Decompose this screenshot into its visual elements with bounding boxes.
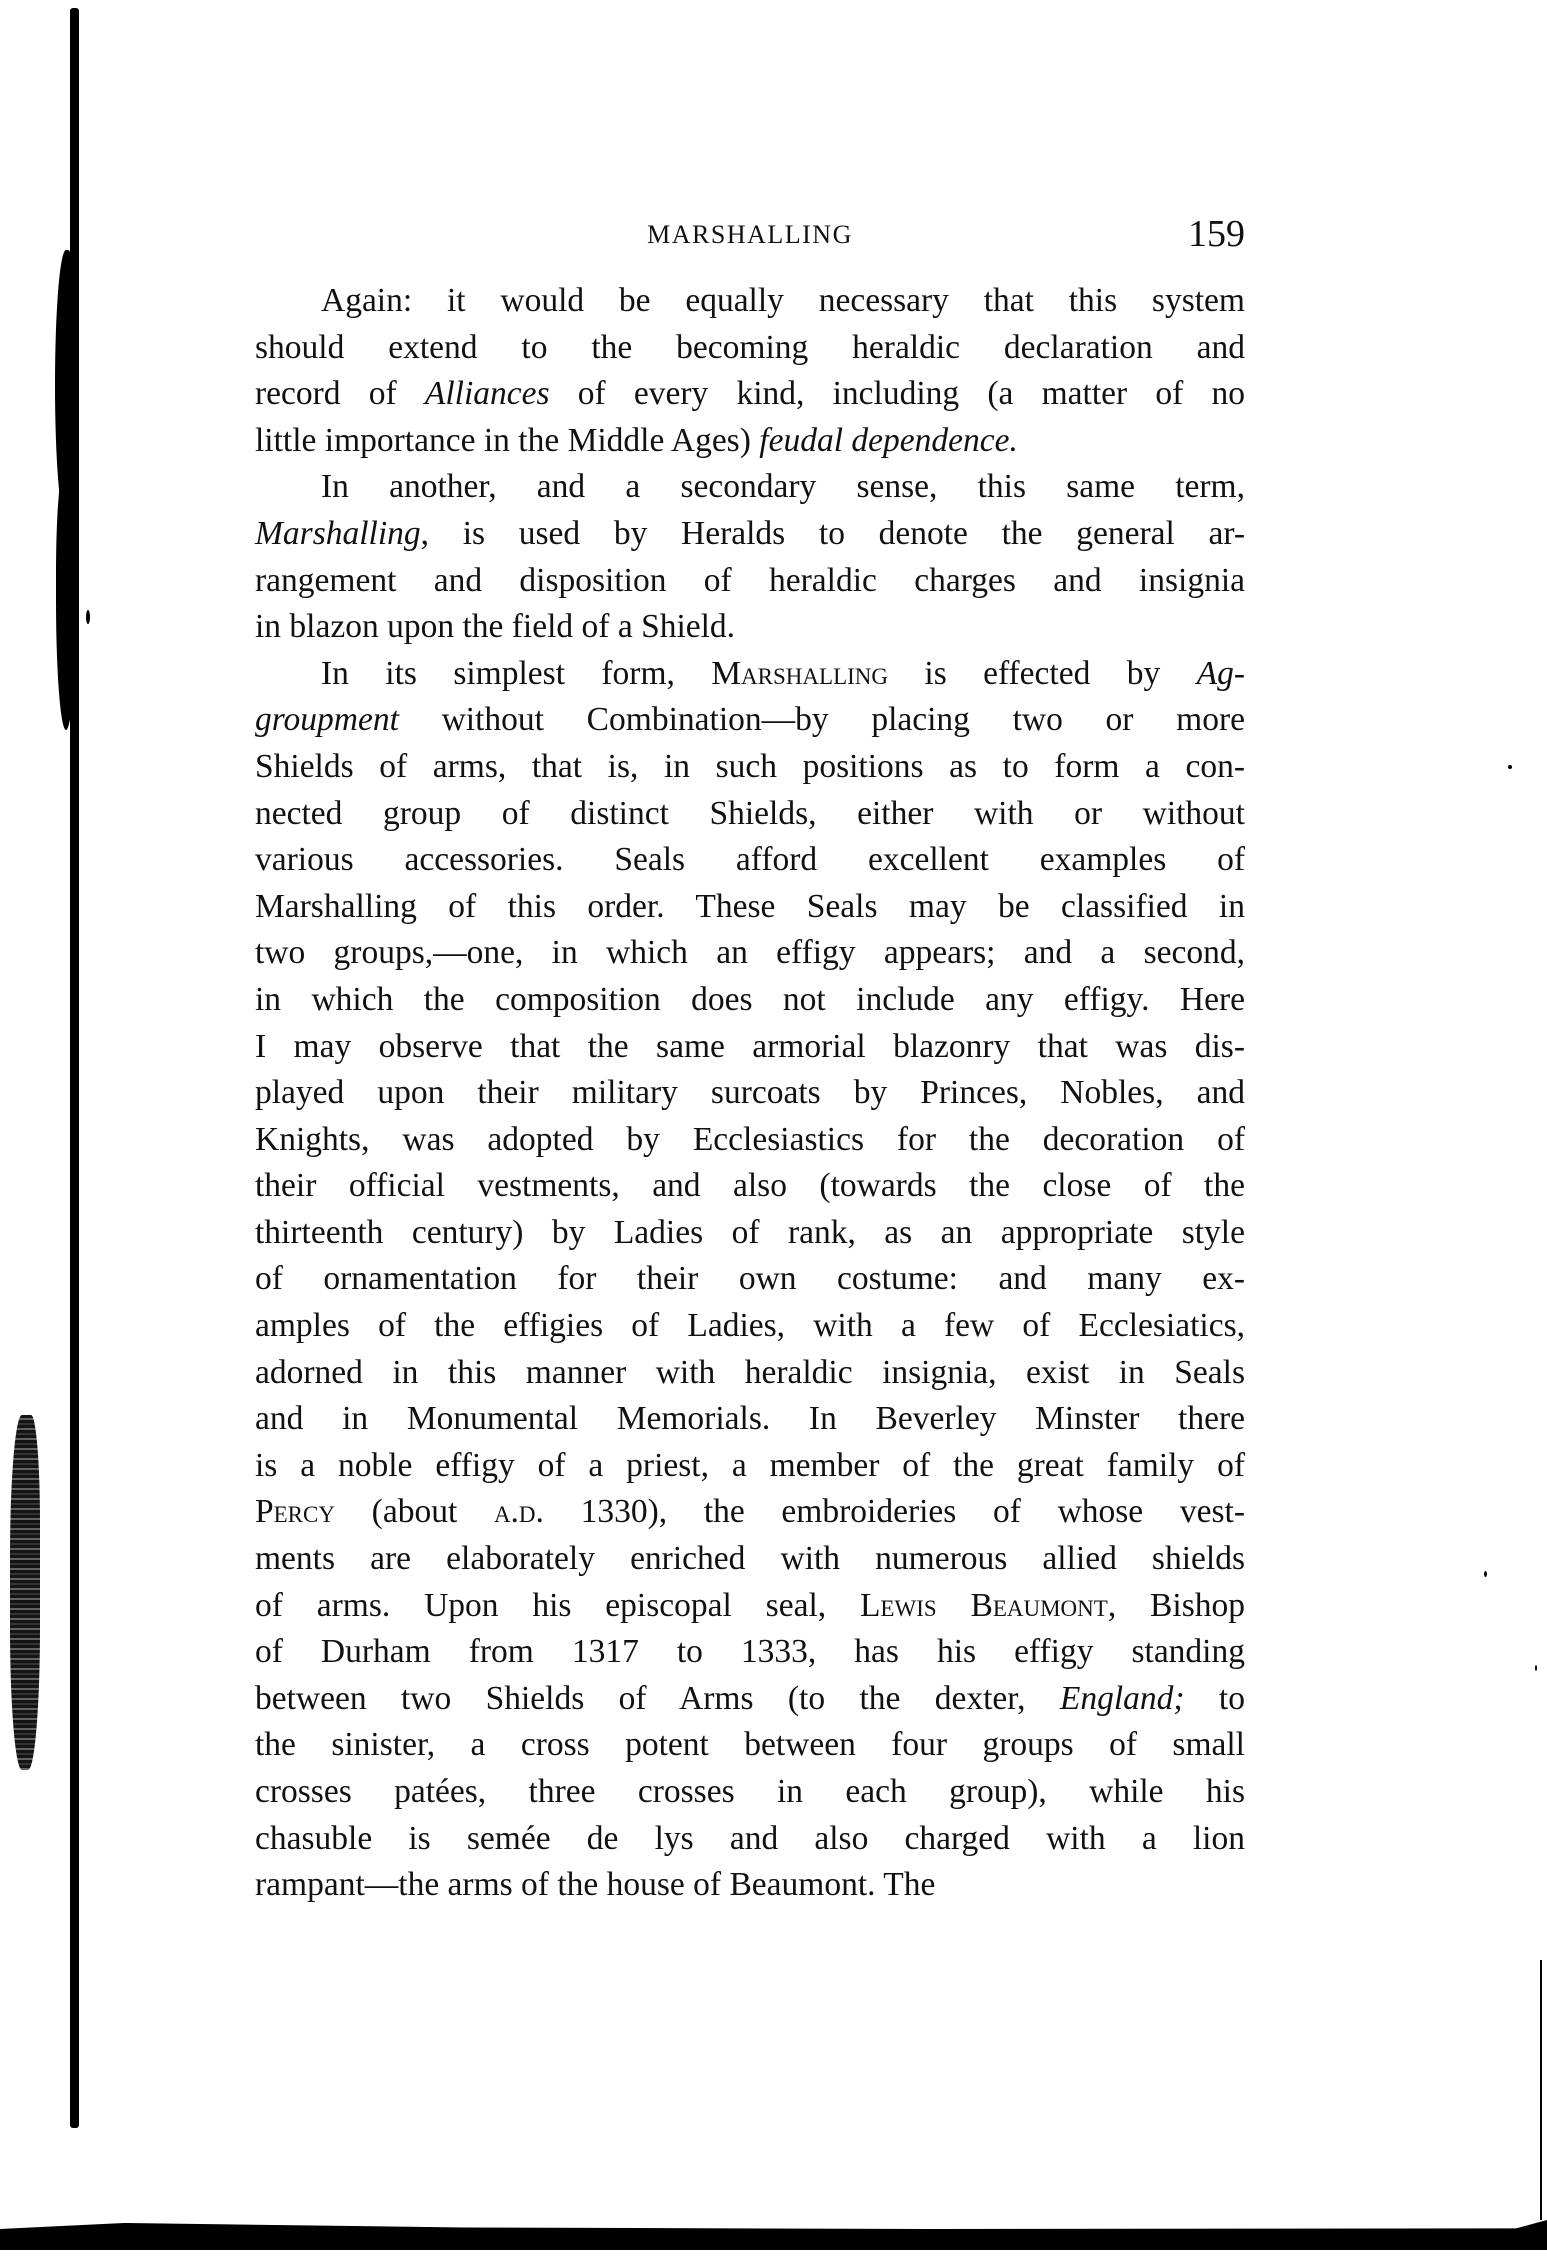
page-number: 159 xyxy=(1188,212,1245,256)
paragraph: In its simplest form, Marshalling is eff… xyxy=(255,651,1245,1909)
text-line: In another, and a secondary sense, this … xyxy=(255,464,1245,511)
text-run: crosses patées, three crosses in each gr… xyxy=(255,1773,1245,1810)
text-run: in blazon upon the field of a Shield. xyxy=(255,608,735,645)
text-line: and in Monumental Memorials. In Beverley… xyxy=(255,1396,1245,1443)
book-page: MARSHALLING 159 Again: it would be equal… xyxy=(0,0,1547,2263)
scan-spine-bulge-lower xyxy=(56,470,76,730)
text-line: little importance in the Middle Ages) fe… xyxy=(255,418,1245,465)
text-run: , is used by Heralds to denote the gener… xyxy=(421,515,1245,552)
running-header: MARSHALLING 159 xyxy=(255,212,1245,262)
text-run: and in Monumental Memorials. In Beverley… xyxy=(255,1400,1245,1437)
scan-dust-dot xyxy=(1535,1665,1537,1671)
paragraph: Again: it would be equally necessary tha… xyxy=(255,278,1245,464)
text-run: their official vestments, and also (towa… xyxy=(255,1167,1245,1204)
text-run: should extend to the becoming heraldic d… xyxy=(255,329,1245,366)
text-run: without Combination—by placing two or mo… xyxy=(399,701,1245,738)
text-line: two groups,—one, in which an effigy appe… xyxy=(255,930,1245,977)
text-run: little importance in the Middle Ages) xyxy=(255,422,759,459)
text-line: record of Alliances of every kind, inclu… xyxy=(255,371,1245,418)
text-run: amples of the effigies of Ladies, with a… xyxy=(255,1307,1245,1344)
italic-text: groupment xyxy=(255,701,399,738)
text-run: two groups,—one, in which an effigy appe… xyxy=(255,934,1245,971)
italic-text: feudal dependence. xyxy=(759,422,1018,459)
text-line: between two Shields of Arms (to the dext… xyxy=(255,1676,1245,1723)
text-run: of every kind, including (a matter of no xyxy=(550,375,1245,412)
text-line: In its simplest form, Marshalling is eff… xyxy=(255,651,1245,698)
small-caps-text: Lewis Beaumont xyxy=(860,1587,1108,1624)
text-run: I may observe that the same armorial bla… xyxy=(255,1028,1245,1065)
text-run: rangement and disposition of heraldic ch… xyxy=(255,562,1245,599)
text-line: Shields of arms, that is, in such positi… xyxy=(255,744,1245,791)
text-run: Knights, was adopted by Ecclesiastics fo… xyxy=(255,1121,1245,1158)
text-run: of Durham from 1317 to 1333, has his eff… xyxy=(255,1633,1245,1670)
text-line: amples of the effigies of Ladies, with a… xyxy=(255,1303,1245,1350)
text-run: 1330), the embroideries of whose vest- xyxy=(544,1493,1245,1530)
text-line: Knights, was adopted by Ecclesiastics fo… xyxy=(255,1117,1245,1164)
text-line: chasuble is semée de lys and also charge… xyxy=(255,1816,1245,1863)
italic-text: Marshalling xyxy=(255,515,421,552)
text-run: various accessories. Seals afford excell… xyxy=(255,841,1245,878)
text-line: of ornamentation for their own costume: … xyxy=(255,1256,1245,1303)
text-line: the sinister, a cross potent between fou… xyxy=(255,1722,1245,1769)
text-line: in which the composition does not includ… xyxy=(255,977,1245,1024)
scan-dust-dot xyxy=(1484,1571,1487,1577)
scan-right-edge xyxy=(1540,1960,1542,2220)
text-run: is effected by xyxy=(888,655,1197,692)
text-line: their official vestments, and also (towa… xyxy=(255,1163,1245,1210)
text-line: of arms. Upon his episcopal seal, Lewis … xyxy=(255,1583,1245,1630)
text-run: chasuble is semée de lys and also charge… xyxy=(255,1820,1245,1857)
text-run: Shields of arms, that is, in such positi… xyxy=(255,748,1245,785)
text-run: played upon their military surcoats by P… xyxy=(255,1074,1245,1111)
text-line: Percy (about a.d. 1330), the embroiderie… xyxy=(255,1489,1245,1536)
scan-dust-mark xyxy=(86,610,90,624)
text-run: of arms. Upon his episcopal seal, xyxy=(255,1587,860,1624)
text-run: thirteenth century) by Ladies of rank, a… xyxy=(255,1214,1245,1251)
text-run: In another, and a secondary sense, this … xyxy=(321,468,1245,505)
text-line: thirteenth century) by Ladies of rank, a… xyxy=(255,1210,1245,1257)
text-line: I may observe that the same armorial bla… xyxy=(255,1024,1245,1071)
text-run: (about xyxy=(335,1493,494,1530)
small-caps-text: Percy xyxy=(255,1493,335,1530)
text-run: record of xyxy=(255,375,425,412)
text-run: the sinister, a cross potent between fou… xyxy=(255,1726,1245,1763)
italic-text: Ag- xyxy=(1197,655,1245,692)
text-line: various accessories. Seals afford excell… xyxy=(255,837,1245,884)
text-run: rampant—the arms of the house of Beaumon… xyxy=(255,1866,935,1903)
text-line: Marshalling, is used by Heralds to denot… xyxy=(255,511,1245,558)
text-run: of ornamentation for their own costume: … xyxy=(255,1260,1245,1297)
italic-text: England; xyxy=(1060,1680,1185,1717)
text-run: to xyxy=(1185,1680,1245,1717)
body-text: Again: it would be equally necessary tha… xyxy=(255,278,1245,1909)
text-line: is a noble effigy of a priest, a member … xyxy=(255,1443,1245,1490)
text-run: between two Shields of Arms (to the dext… xyxy=(255,1680,1060,1717)
text-run: adorned in this manner with heraldic ins… xyxy=(255,1354,1245,1391)
scan-edge-speckle xyxy=(10,1415,40,1770)
text-line: adorned in this manner with heraldic ins… xyxy=(255,1350,1245,1397)
text-line: Again: it would be equally necessary tha… xyxy=(255,278,1245,325)
small-caps-text: Marshalling xyxy=(711,655,888,692)
text-run: ments are elaborately enriched with nume… xyxy=(255,1540,1245,1577)
text-line: crosses patées, three crosses in each gr… xyxy=(255,1769,1245,1816)
text-run: , Bishop xyxy=(1108,1587,1245,1624)
text-run: in which the composition does not includ… xyxy=(255,981,1245,1018)
text-line: should extend to the becoming heraldic d… xyxy=(255,325,1245,372)
text-run: In its simplest form, xyxy=(321,655,711,692)
text-line: in blazon upon the field of a Shield. xyxy=(255,604,1245,651)
text-line: played upon their military surcoats by P… xyxy=(255,1070,1245,1117)
text-line: nected group of distinct Shields, either… xyxy=(255,791,1245,838)
running-header-title: MARSHALLING xyxy=(255,220,1245,250)
paragraph: In another, and a secondary sense, this … xyxy=(255,464,1245,650)
text-run: is a noble effigy of a priest, a member … xyxy=(255,1447,1245,1484)
text-line: groupment without Combination—by placing… xyxy=(255,697,1245,744)
text-line: Marshalling of this order. These Seals m… xyxy=(255,884,1245,931)
text-run: Again: it would be equally necessary tha… xyxy=(321,282,1245,319)
scan-bottom-edge xyxy=(0,2220,1547,2250)
text-run: nected group of distinct Shields, either… xyxy=(255,795,1245,832)
text-line: rangement and disposition of heraldic ch… xyxy=(255,558,1245,605)
text-line: of Durham from 1317 to 1333, has his eff… xyxy=(255,1629,1245,1676)
scan-dust-dot xyxy=(1508,765,1512,769)
text-line: ments are elaborately enriched with nume… xyxy=(255,1536,1245,1583)
small-caps-text: a.d. xyxy=(494,1493,544,1530)
text-run: Marshalling of this order. These Seals m… xyxy=(255,888,1245,925)
text-line: rampant—the arms of the house of Beaumon… xyxy=(255,1862,1245,1909)
italic-text: Alliances xyxy=(425,375,550,412)
